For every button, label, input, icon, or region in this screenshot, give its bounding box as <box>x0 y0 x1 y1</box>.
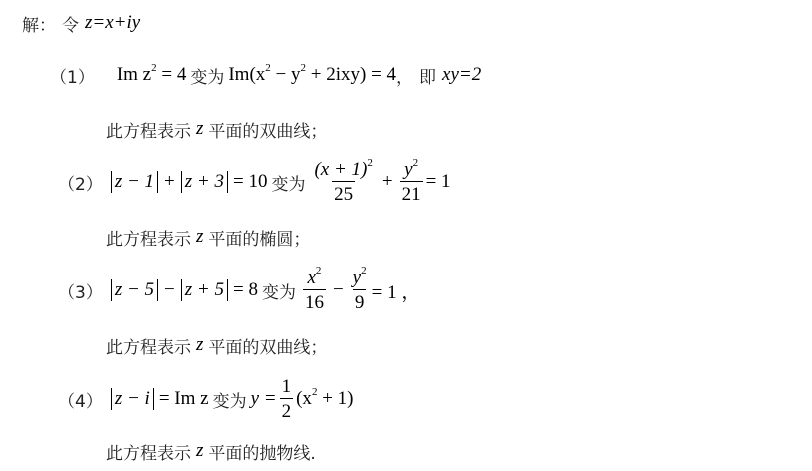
item-number: （1） <box>50 63 95 88</box>
item-4-conclusion: 此方程表示 z 平面的抛物线. <box>106 436 316 466</box>
fraction: (x + 1)2 25 <box>312 160 374 205</box>
item-1-equation: （1） Im z2 = 4 变为 Im(x2 − y2 + 2ixy) = 4 … <box>50 60 481 90</box>
becomes-word: 变为 <box>213 387 247 412</box>
fraction: x2 16 <box>303 268 326 313</box>
becomes-word: 变为 <box>190 63 224 88</box>
comma: ， <box>396 63 413 88</box>
solution-label: 解： <box>22 11 56 36</box>
fraction: 1 2 <box>280 377 294 422</box>
intro-line: 解： 令 z=x+iy <box>22 8 140 38</box>
becomes-word: 变为 <box>262 278 296 303</box>
item-number: （3） <box>58 278 103 303</box>
transformed-equation: Im(x2 − y2 + 2ixy) = 4 <box>228 64 396 86</box>
given-equation: Im z2 = 4 <box>117 64 187 86</box>
item-number: （4） <box>58 387 103 412</box>
result-expr: xy=2 <box>442 64 481 86</box>
item-4-equation: （4） z − i = Im z 变为 y = 1 2 (x2 + 1) <box>58 368 353 430</box>
item-3-equation: （3） z − 5 − z + 5 = 8 变为 x2 16 − y2 9 = … <box>58 258 420 322</box>
fraction: y2 21 <box>400 160 423 205</box>
item-3-conclusion: 此方程表示 z 平面的双曲线； <box>106 330 327 360</box>
fraction: y2 9 <box>351 268 369 313</box>
item-1-conclusion: 此方程表示 z 平面的双曲线； <box>106 114 327 144</box>
let-word: 令 <box>62 11 79 36</box>
item-2-equation: （2） z − 1 + z + 3 = 10 变为 (x + 1)2 25 + … <box>58 150 451 214</box>
namely-word: 即 <box>419 63 436 88</box>
item-2-conclusion: 此方程表示 z 平面的椭圆； <box>106 222 310 252</box>
becomes-word: 变为 <box>271 170 305 195</box>
substitution-expr: z=x+iy <box>85 12 140 34</box>
item-number: （2） <box>58 170 103 195</box>
